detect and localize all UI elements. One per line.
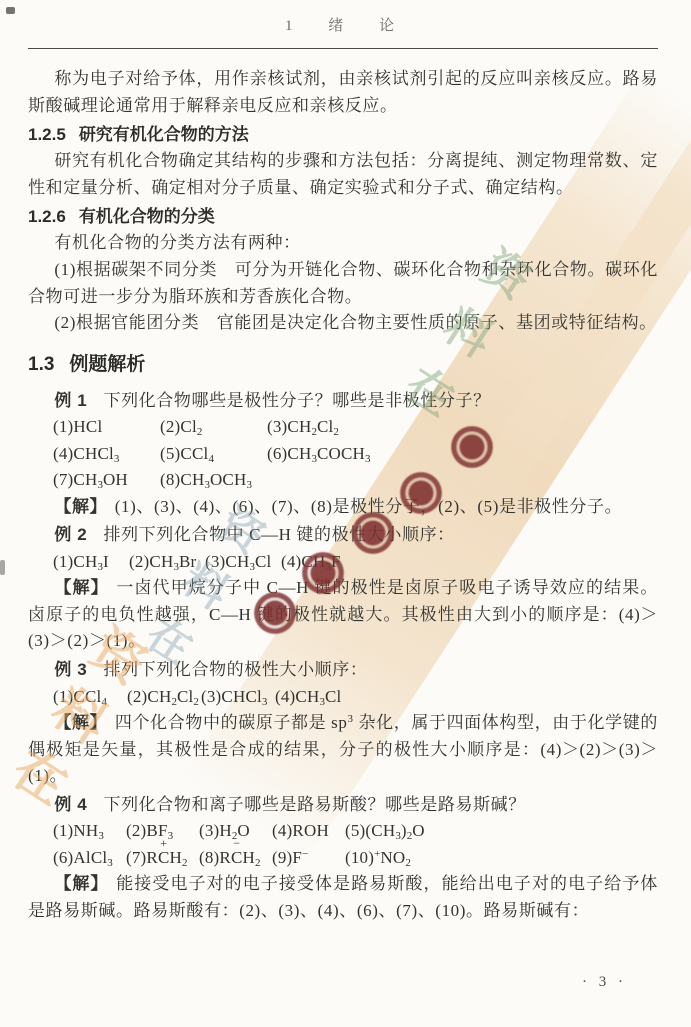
formula-item: (8)CH3OCH3 [160,467,267,493]
formula-item: (4)CHCl3 [53,441,160,467]
example-label: 例 2 [54,525,87,544]
page-content: 1 绪 论 称为电子对给予体，用作亲核试剂，由亲核试剂引起的反应叫亲核反应。路易… [0,0,691,924]
example-question-line: 例 1下列化合物哪些是极性分子？哪些是非极性分子？ [28,388,658,415]
solution-text: 一卤代甲烷分子中 C—H 键的极性是卤原子吸电子诱导效应的结果。卤原子的电负性越… [28,578,658,650]
formula-rows: (1)CH3I(2)CH3Br(3)CH3Cl(4)CH3F [28,549,658,575]
solution-paragraph: 【解】一卤代甲烷分子中 C—H 键的极性是卤原子吸电子诱导效应的结果。卤原子的电… [28,575,658,655]
formula-item: (9)F− [272,845,345,871]
example-label: 例 1 [54,391,87,410]
example-question: 下列化合物和离子哪些是路易斯酸？哪些是路易斯碱？ [103,795,525,814]
formula-item: (10)+NO2 [345,845,418,871]
section-title: 例题解析 [69,350,145,380]
section-number: 1.2.6 [28,203,66,230]
intro-paragraph: 称为电子对给予体，用作亲核试剂，由亲核试剂引起的反应叫亲核反应。路易斯酸碱理论通… [28,66,658,119]
formula-item: (7)RC+H2 [126,845,199,871]
formula-item: (5)(CH3)2O [345,818,425,844]
formula-item: (7)CH3OH [53,467,160,493]
formula-item: (1)CCl4 [53,684,127,710]
formula-row: (6)AlCl3(7)RC+H2(8)RC−H2(9)F−(10)+NO2 [53,845,658,871]
example-question-line: 例 3排列下列化合物的极性大小顺序： [28,657,658,684]
formula-item: (1)CH3I [53,549,129,575]
example-4: 例 4下列化合物和离子哪些是路易斯酸？哪些是路易斯碱？ (1)NH3(2)BF3… [28,792,658,925]
formula-item: (4)CH3F [281,549,357,575]
section-1-2-5-body: 研究有机化合物确定其结构的步骤和方法包括：分离提纯、测定物理常数、定性和定量分析… [28,148,658,201]
section-1-3-heading: 1.3 例题解析 [28,350,658,380]
classification-item-2: (2)根据官能团分类 官能团是决定化合物主要性质的原子、基团或特征结构。 [28,310,658,337]
header-rule [28,48,658,49]
example-question: 排列下列化合物中 C—H 键的极性大小顺序： [103,525,454,544]
example-label: 例 3 [54,660,87,679]
formula-item: (1)HCl [53,414,160,440]
example-1: 例 1下列化合物哪些是极性分子？哪些是非极性分子？ (1)HCl(2)Cl2(3… [28,388,658,520]
formula-row: (7)CH3OH(8)CH3OCH3 [53,467,658,493]
formula-item: (3)CH3Cl [205,549,281,575]
formula-rows: (1)HCl(2)Cl2(3)CH2Cl2(4)CHCl3(5)CCl4(6)C… [28,414,658,493]
example-question: 下列化合物哪些是极性分子？哪些是非极性分子？ [103,391,490,410]
formula-row: (1)NH3(2)BF3(3)H2O(4)ROH(5)(CH3)2O [53,818,658,844]
formula-row: (4)CHCl3(5)CCl4(6)CH3COCH3 [53,441,658,467]
solution-label: 【解】 [54,578,108,597]
example-label: 例 4 [54,795,87,814]
solution-text: (1)、(3)、(4)、(6)、(7)、(8)是极性分子，(2)、(5)是非极性… [115,497,622,516]
formula-item: (4)ROH [272,818,345,844]
solution-paragraph: 【解】能接受电子对的电子接受体是路易斯酸，能给出电子对的电子给予体是路易斯碱。路… [28,871,658,924]
solution-label: 【解】 [54,713,107,732]
solution-text: 能接受电子对的电子接受体是路易斯酸，能给出电子对的电子给予体是路易斯碱。路易斯酸… [28,874,658,920]
formula-row: (1)CCl4(2)CH2Cl2(3)CHCl3(4)CH3Cl [53,684,658,710]
formula-row: (1)HCl(2)Cl2(3)CH2Cl2 [53,414,658,440]
solution-label: 【解】 [54,874,108,893]
example-question-line: 例 2排列下列化合物中 C—H 键的极性大小顺序： [28,522,658,549]
formula-item: (6)AlCl3 [53,845,126,871]
example-question-line: 例 4下列化合物和离子哪些是路易斯酸？哪些是路易斯碱？ [28,792,658,819]
section-1-2-5-heading: 1.2.5 研究有机化合物的方法 [28,121,658,148]
section-title: 研究有机化合物的方法 [79,121,249,148]
section-title: 有机化合物的分类 [79,203,215,230]
formula-item: (2)CH3Br [129,549,205,575]
formula-item: (2)CH2Cl2 [127,684,201,710]
formula-rows: (1)NH3(2)BF3(3)H2O(4)ROH(5)(CH3)2O(6)AlC… [28,818,658,871]
solution-paragraph: 【解】四个化合物中的碳原子都是 sp3 杂化，属于四面体构型，由于化学键的偶极矩… [28,710,658,790]
example-3: 例 3排列下列化合物的极性大小顺序： (1)CCl4(2)CH2Cl2(3)CH… [28,657,658,790]
formula-item: (2)Cl2 [160,414,267,440]
section-number: 1.3 [28,350,54,380]
formula-item: (3)CH2Cl2 [267,414,374,440]
section-1-2-6-heading: 1.2.6 有机化合物的分类 [28,203,658,230]
classification-item-1: (1)根据碳架不同分类 可分为开链化合物、碳环化合物和杂环化合物。碳环化合物可进… [28,257,658,310]
scanned-textbook-page: 1 绪 论 称为电子对给予体，用作亲核试剂，由亲核试剂引起的反应叫亲核反应。路易… [0,0,691,1027]
formula-item: (6)CH3COCH3 [267,441,374,467]
formula-item: (1)NH3 [53,818,126,844]
example-question: 排列下列化合物的极性大小顺序： [103,660,367,679]
running-header: 1 绪 论 [28,14,658,38]
formula-item: (5)CCl4 [160,441,267,467]
formula-item: (4)CH3Cl [275,684,349,710]
solution-text: 四个化合物中的碳原子都是 sp3 杂化，属于四面体构型，由于化学键的偶极矩是矢量… [28,713,658,785]
formula-row: (1)CH3I(2)CH3Br(3)CH3Cl(4)CH3F [53,549,658,575]
page-number: · 3 · [582,974,627,991]
section-number: 1.2.5 [28,121,66,148]
formula-rows: (1)CCl4(2)CH2Cl2(3)CHCl3(4)CH3Cl [28,684,658,710]
formula-item: (8)RC−H2 [199,845,272,871]
solution-paragraph: 【解】(1)、(3)、(4)、(6)、(7)、(8)是极性分子，(2)、(5)是… [28,494,658,521]
classification-intro: 有机化合物的分类方法有两种： [28,230,658,257]
example-2: 例 2排列下列化合物中 C—H 键的极性大小顺序： (1)CH3I(2)CH3B… [28,522,658,655]
solution-label: 【解】 [54,497,107,516]
formula-item: (3)CHCl3 [201,684,275,710]
